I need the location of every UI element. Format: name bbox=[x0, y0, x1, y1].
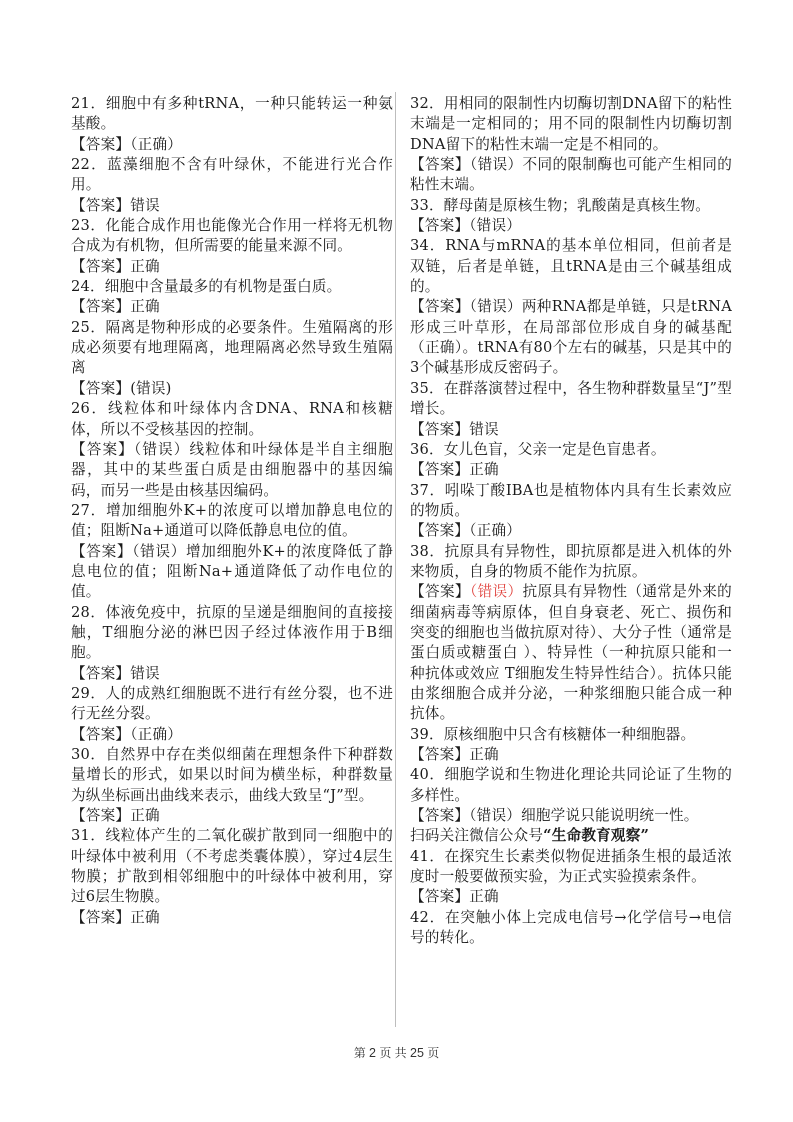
answer-25: 【答案】(错误) bbox=[71, 379, 393, 399]
answer-41: 【答案】正确 bbox=[410, 887, 732, 907]
answer-32: 【答案】（错误）不同的限制酶也可能产生相同的粘性末端。 bbox=[410, 155, 732, 196]
question-39: 39．原核细胞中只含有核糖体一种细胞器。 bbox=[410, 725, 732, 745]
account-name: “生命教育观察” bbox=[543, 827, 649, 844]
answer-26: 【答案】（错误）线粒体和叶绿体是半自主细胞器，其中的某些蛋白质是由细胞器中的基因… bbox=[71, 440, 393, 501]
answer-30: 【答案】正确 bbox=[71, 806, 393, 826]
question-42: 42．在突触小体上完成电信号→化学信号→电信号的转化。 bbox=[410, 908, 732, 949]
answer-36: 【答案】正确 bbox=[410, 460, 732, 480]
answer-39: 【答案】正确 bbox=[410, 745, 732, 765]
question-33: 33．酵母菌是原核生物；乳酸菌是真核生物。 bbox=[410, 196, 732, 216]
question-21: 21．细胞中有多种tRNA，一种只能转运一种氨基酸。 bbox=[71, 94, 393, 135]
question-30: 30．自然界中存在类似细菌在理想条件下种群数量增长的形式，如果以时间为横坐标，种… bbox=[71, 745, 393, 806]
question-38: 38．抗原具有异物性，即抗原都是进入机体的外来物质，自身的物质不能作为抗原。 bbox=[410, 542, 732, 583]
answer-38: 【答案】（错误）抗原具有异物性（通常是外来的细菌病毒等病原体，但自身衰老、死亡、… bbox=[410, 582, 732, 724]
question-26: 26．线粒体和叶绿体内含DNA、RNA和核糖体，所以不受核基因的控制。 bbox=[71, 399, 393, 440]
answer-29: 【答案】（正确） bbox=[71, 725, 393, 745]
current-page-number: 2 bbox=[369, 1046, 376, 1060]
answer-34: 【答案】（错误）两种RNA都是单链，只是tRNA形成三叶草形，在局部部位形成自身… bbox=[410, 297, 732, 378]
question-34: 34．RNA与mRNA的基本单位相同，但前者是双链，后者是单链，且tRNA是由三… bbox=[410, 236, 732, 297]
left-column: 21．细胞中有多种tRNA，一种只能转运一种氨基酸。 【答案】（正确） 22．蓝… bbox=[71, 94, 393, 928]
answer-31: 【答案】正确 bbox=[71, 908, 393, 928]
question-29: 29．人的成熟红细胞既不进行有丝分裂，也不进行无丝分裂。 bbox=[71, 684, 393, 725]
answer-verdict-highlight: （错误） bbox=[470, 583, 523, 600]
answer-21: 【答案】（正确） bbox=[71, 135, 393, 155]
question-25: 25．隔离是物种形成的必要条件。生殖隔离的形成必须要有地理隔离，地理隔离必然导致… bbox=[71, 318, 393, 379]
answer-28: 【答案】错误 bbox=[71, 664, 393, 684]
total-pages: 25 bbox=[410, 1046, 424, 1060]
question-37: 37．吲哚丁酸IBA也是植物体内具有生长素效应的物质。 bbox=[410, 481, 732, 522]
question-24: 24．细胞中含量最多的有机物是蛋白质。 bbox=[71, 277, 393, 297]
answer-23: 【答案】正确 bbox=[71, 257, 393, 277]
question-31: 31．线粒体产生的二氧化碳扩散到同一细胞中的叶绿体中被利用（不考虑类囊体膜），穿… bbox=[71, 826, 393, 907]
answer-40: 【答案】（错误）细胞学说只能说明统一性。 bbox=[410, 806, 732, 826]
answer-33: 【答案】（错误） bbox=[410, 216, 732, 236]
question-28: 28．体液免疫中，抗原的呈递是细胞间的直接接触，T细胞分泌的淋巴因子经过体液作用… bbox=[71, 603, 393, 664]
answer-27: 【答案】（错误）增加细胞外K+的浓度降低了静息电位的值；阻断Na+通道降低了动作… bbox=[71, 542, 393, 603]
question-32: 32．用相同的限制性内切酶切割DNA留下的粘性末端是一定相同的；用不同的限制性内… bbox=[410, 94, 732, 155]
question-22: 22．蓝藻细胞不含有叶绿休，不能进行光合作用。 bbox=[71, 155, 393, 196]
wechat-promo-note: 扫码关注微信公众号“生命教育观察” bbox=[410, 826, 732, 846]
question-23: 23．化能合成作用也能像光合作用一样将无机物合成为有机物，但所需要的能量来源不同… bbox=[71, 216, 393, 257]
question-27: 27．增加细胞外K+的浓度可以增加静息电位的值；阻断Na+通道可以降低静息电位的… bbox=[71, 501, 393, 542]
column-divider bbox=[395, 92, 396, 1027]
answer-35: 【答案】错误 bbox=[410, 420, 732, 440]
document-page: 21．细胞中有多种tRNA，一种只能转运一种氨基酸。 【答案】（正确） 22．蓝… bbox=[0, 0, 793, 1122]
page-footer: 第 2 页 共 25 页 bbox=[0, 1044, 793, 1061]
question-36: 36．女儿色盲，父亲一定是色盲患者。 bbox=[410, 440, 732, 460]
answer-24: 【答案】正确 bbox=[71, 297, 393, 317]
answer-22: 【答案】错误 bbox=[71, 196, 393, 216]
question-40: 40．细胞学说和生物进化理论共同论证了生物的多样性。 bbox=[410, 765, 732, 806]
right-column: 32．用相同的限制性内切酶切割DNA留下的粘性末端是一定相同的；用不同的限制性内… bbox=[410, 94, 732, 948]
question-35: 35．在群落演替过程中，各生物种群数量呈“J”型增长。 bbox=[410, 379, 732, 420]
question-41: 41．在探究生长素类似物促进插条生根的最适浓度时一般要做预实验，为正式实验摸索条… bbox=[410, 847, 732, 888]
answer-37: 【答案】（正确） bbox=[410, 521, 732, 541]
